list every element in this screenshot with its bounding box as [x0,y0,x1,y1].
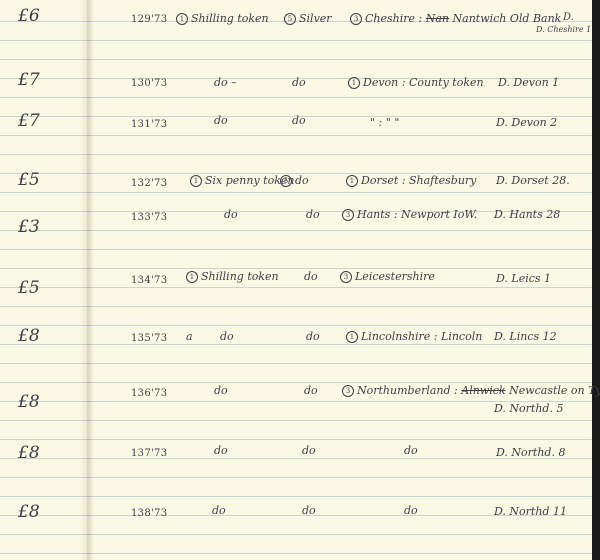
code-circle: 3 [342,385,354,397]
reference: D. Leics 1 [496,272,551,285]
entry-number: 136'73 [131,388,167,399]
denomination: do [214,384,228,397]
amount: £3 [18,217,40,237]
place-text: Newcastle on Tyne [509,384,600,397]
county-text: Cheshire : [365,12,422,25]
location: " : " " [370,116,399,129]
metal: 5do [280,174,309,187]
denomination: do [214,444,228,457]
reference: D. Northd. 8 [496,446,565,459]
metal: do [306,208,320,221]
metal-text: do [295,174,309,187]
denomination-text: Shilling token [191,12,269,25]
page-binding-shadow [80,0,94,560]
amount: £7 [18,70,40,90]
location: 3Leicestershire [340,270,435,283]
entry-mark: a [186,330,193,343]
denomination: 1Six penny token [190,174,295,187]
location-text: Northumberland : [357,384,458,397]
location: 1Dorset : Shaftesbury [346,174,476,187]
entry-number: 137'73 [131,448,167,459]
denomination: do [214,114,228,127]
entry-number: 131'73 [131,119,167,130]
location-text: Lincolnshire : Lincoln [361,330,482,343]
location: 3Cheshire : Nan Nantwich Old Bank [350,12,561,25]
code-circle: 1 [176,13,188,25]
entry-number: 130'73 [131,78,167,89]
page-edge [592,0,600,560]
reference: D. Hants 28 [494,208,560,221]
location: 3Hants : Newport IoW. [342,208,477,221]
reference: D. Northd 11 [494,505,567,518]
metal-text: Silver [299,12,332,25]
code-circle: 5 [284,13,296,25]
location: 3Northumberland : Alnwick Newcastle on T… [342,384,600,397]
reference: D. Lincs 12 [494,330,557,343]
metal: do [302,504,316,517]
location: do [404,444,418,457]
code-circle: 3 [340,271,352,283]
denomination: do – [214,76,237,89]
amount: £5 [18,170,40,190]
reference: D. Devon 2 [496,116,557,129]
entry-number: 129'73 [131,14,167,25]
code-circle: 1 [348,77,360,89]
location-text: Leicestershire [355,270,435,283]
location: do [404,504,418,517]
amount: £8 [18,392,40,412]
amount: £8 [18,502,40,522]
code-circle: 1 [186,271,198,283]
struck-text: Alnwick [461,384,505,397]
code-circle: 3 [350,13,362,25]
location-text: Devon : County token [363,76,484,89]
denomination: do [220,330,234,343]
code-circle: 3 [342,209,354,221]
metal: do [304,270,318,283]
code-circle: 1 [346,331,358,343]
entry-number: 134'73 [131,275,167,286]
reference-mark: D. [563,12,574,23]
denomination: do [224,208,238,221]
code-circle: 5 [280,175,292,187]
entry-number: 138'73 [131,508,167,519]
amount: £6 [18,6,40,26]
denomination: 1Shilling token [176,12,269,25]
metal: do [302,444,316,457]
amount: £5 [18,278,40,298]
metal: do [306,330,320,343]
metal: do [292,76,306,89]
reference: D. Northd. 5 [494,402,563,415]
amount: £8 [18,443,40,463]
struck-text: Nan [426,12,449,25]
code-circle: 1 [190,175,202,187]
entry-number: 132'73 [131,178,167,189]
place-text: Nantwich Old Bank [453,12,562,25]
reference: D. Devon 1 [498,76,559,89]
reference: D. Dorset 28. [496,174,570,187]
entry-number: 133'73 [131,212,167,223]
code-circle: 1 [346,175,358,187]
entry-number: 135'73 [131,333,167,344]
metal: do [304,384,318,397]
metal: 5Silver [284,12,332,25]
location-text: Dorset : Shaftesbury [361,174,476,187]
amount: £8 [18,326,40,346]
denomination-text: Shilling token [201,270,279,283]
location: 1Lincolnshire : Lincoln [346,330,482,343]
metal: do [292,114,306,127]
location: 1Devon : County token [348,76,484,89]
denomination: 1Shilling token [186,270,279,283]
amount: £7 [18,111,40,131]
reference: D. Cheshire 1 [536,25,591,34]
location-text: Hants : Newport IoW. [357,208,477,221]
denomination: do [212,504,226,517]
